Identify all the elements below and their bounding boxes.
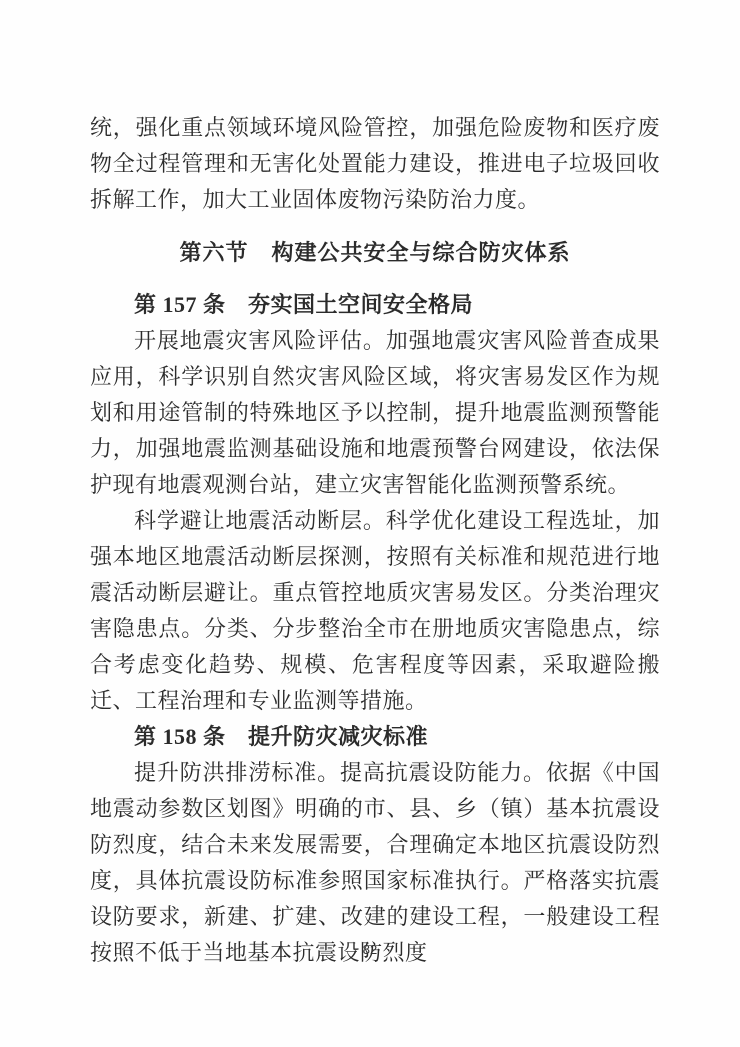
article-158-heading: 第 158 条 提升防灾减灾标准	[90, 719, 660, 755]
continuation-paragraph: 统，强化重点领域环境风险管控，加强危险废物和医疗废物全过程管理和无害化处置能力建…	[90, 110, 660, 218]
page-number: 82	[0, 942, 740, 957]
document-page: 统，强化重点领域环境风险管控，加强危险废物和医疗废物全过程管理和无害化处置能力建…	[0, 0, 740, 1047]
article-157-heading: 第 157 条 夯实国土空间安全格局	[90, 287, 660, 323]
article-157-paragraph-1: 开展地震灾害风险评估。加强地震灾害风险普查成果应用，科学识别自然灾害风险区域，将…	[90, 323, 660, 503]
page-content: 统，强化重点领域环境风险管控，加强危险废物和医疗废物全过程管理和无害化处置能力建…	[90, 110, 660, 971]
section-heading: 第六节 构建公共安全与综合防灾体系	[90, 235, 660, 271]
article-158-paragraph-1: 提升防洪排涝标准。提高抗震设防能力。依据《中国地震动参数区划图》明确的市、县、乡…	[90, 755, 660, 971]
article-157-paragraph-2: 科学避让地震活动断层。科学优化建设工程选址，加强本地区地震活动断层探测，按照有关…	[90, 503, 660, 719]
